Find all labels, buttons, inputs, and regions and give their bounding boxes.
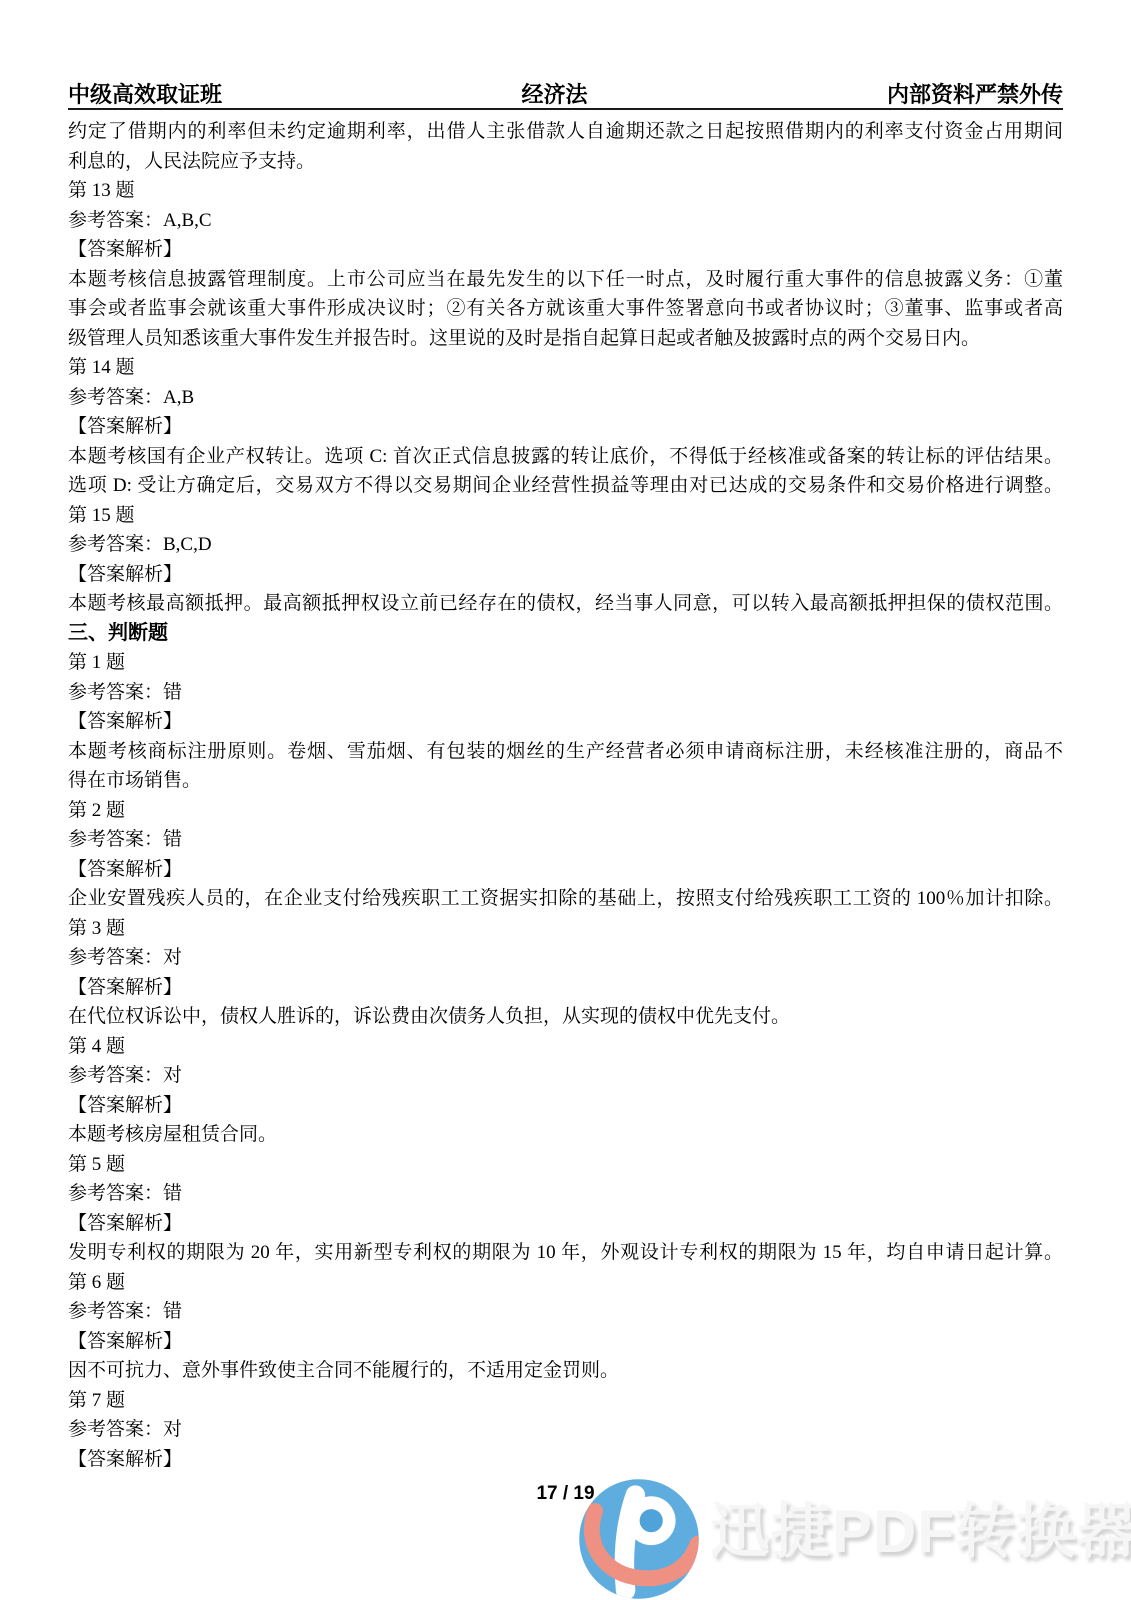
text-line: 【答案解析】 [68,707,1063,737]
text-line: 第 1 题 [68,648,1063,678]
document-body: 约定了借期内的利率但未约定逾期利率，出借人主张借款人自逾期还款之日起按照借期内的… [68,117,1063,1474]
text-line: 发明专利权的期限为 20 年，实用新型专利权的期限为 10 年，外观设计专利权的… [68,1238,1063,1268]
header-confidential-notice: 内部资料严禁外传 [887,82,1063,108]
text-line: 本题考核房屋租赁合同。 [68,1120,1063,1150]
text-line: 参考答案：对 [68,943,1063,973]
header-subject-title: 经济法 [521,82,587,108]
text-line: 参考答案：错 [68,1297,1063,1327]
document-page: 中级高效取证班 经济法 内部资料严禁外传 约定了借期内的利率但未约定逾期利率，出… [0,0,1131,1600]
text-line: 【答案解析】 [68,1091,1063,1121]
section-heading: 三、判断题 [68,619,1063,649]
text-line: 第 3 题 [68,914,1063,944]
text-line: 本题考核商标注册原则。卷烟、雪茄烟、有包装的烟丝的生产经营者必须申请商标注册，未… [68,737,1063,767]
text-line: 第 6 题 [68,1268,1063,1298]
text-line: 级管理人员知悉该重大事件发生并报告时。这里说的及时是指自起算日起或者触及披露时点… [68,324,1063,354]
text-line: 在代位权诉讼中，债权人胜诉的，诉讼费由次债务人负担，从实现的债权中优先支付。 [68,1002,1063,1032]
text-line: 第 15 题 [68,501,1063,531]
text-line: 第 14 题 [68,353,1063,383]
text-line: 第 4 题 [68,1032,1063,1062]
text-line: 第 13 题 [68,176,1063,206]
text-line: 【答案解析】 [68,1327,1063,1357]
text-line: 约定了借期内的利率但未约定逾期利率，出借人主张借款人自逾期还款之日起按照借期内的… [68,117,1063,147]
text-line: 【答案解析】 [68,1209,1063,1239]
text-line: 参考答案：B,C,D [68,530,1063,560]
text-line: 参考答案：对 [68,1061,1063,1091]
page-number: 17 / 19 [0,1483,1131,1505]
text-line: 本题考核信息披露管理制度。上市公司应当在最先发生的以下任一时点，及时履行重大事件… [68,265,1063,295]
text-line: 选项 D: 受让方确定后，交易双方不得以交易期间企业经营性损益等理由对已达成的交… [68,471,1063,501]
text-line: 本题考核最高额抵押。最高额抵押权设立前已经存在的债权，经当事人同意，可以转入最高… [68,589,1063,619]
text-line: 【答案解析】 [68,1445,1063,1475]
text-line: 利息的，人民法院应予支持。 [68,147,1063,177]
text-line: 参考答案：A,B [68,383,1063,413]
text-line: 因不可抗力、意外事件致使主合同不能履行的，不适用定金罚则。 [68,1356,1063,1386]
text-line: 【答案解析】 [68,412,1063,442]
page-header: 中级高效取证班 经济法 内部资料严禁外传 [68,82,1063,110]
text-line: 参考答案：错 [68,1179,1063,1209]
text-line: 第 7 题 [68,1386,1063,1416]
text-line: 【答案解析】 [68,560,1063,590]
text-line: 参考答案：错 [68,825,1063,855]
text-line: 事会或者监事会就该重大事件形成决议时；②有关各方就该重大事件签署意向书或者协议时… [68,294,1063,324]
text-line: 得在市场销售。 [68,766,1063,796]
header-course-title: 中级高效取证班 [68,82,222,108]
text-line: 参考答案：A,B,C [68,206,1063,236]
text-line: 第 2 题 [68,796,1063,826]
text-line: 【答案解析】 [68,973,1063,1003]
text-line: 参考答案：对 [68,1415,1063,1445]
text-line: 【答案解析】 [68,235,1063,265]
text-line: 第 5 题 [68,1150,1063,1180]
text-line: 参考答案：错 [68,678,1063,708]
text-line: 本题考核国有企业产权转让。选项 C: 首次正式信息披露的转让底价，不得低于经核准… [68,442,1063,472]
text-line: 企业安置残疾人员的，在企业支付给残疾职工工资据实扣除的基础上，按照支付给残疾职工… [68,884,1063,914]
text-line: 【答案解析】 [68,855,1063,885]
